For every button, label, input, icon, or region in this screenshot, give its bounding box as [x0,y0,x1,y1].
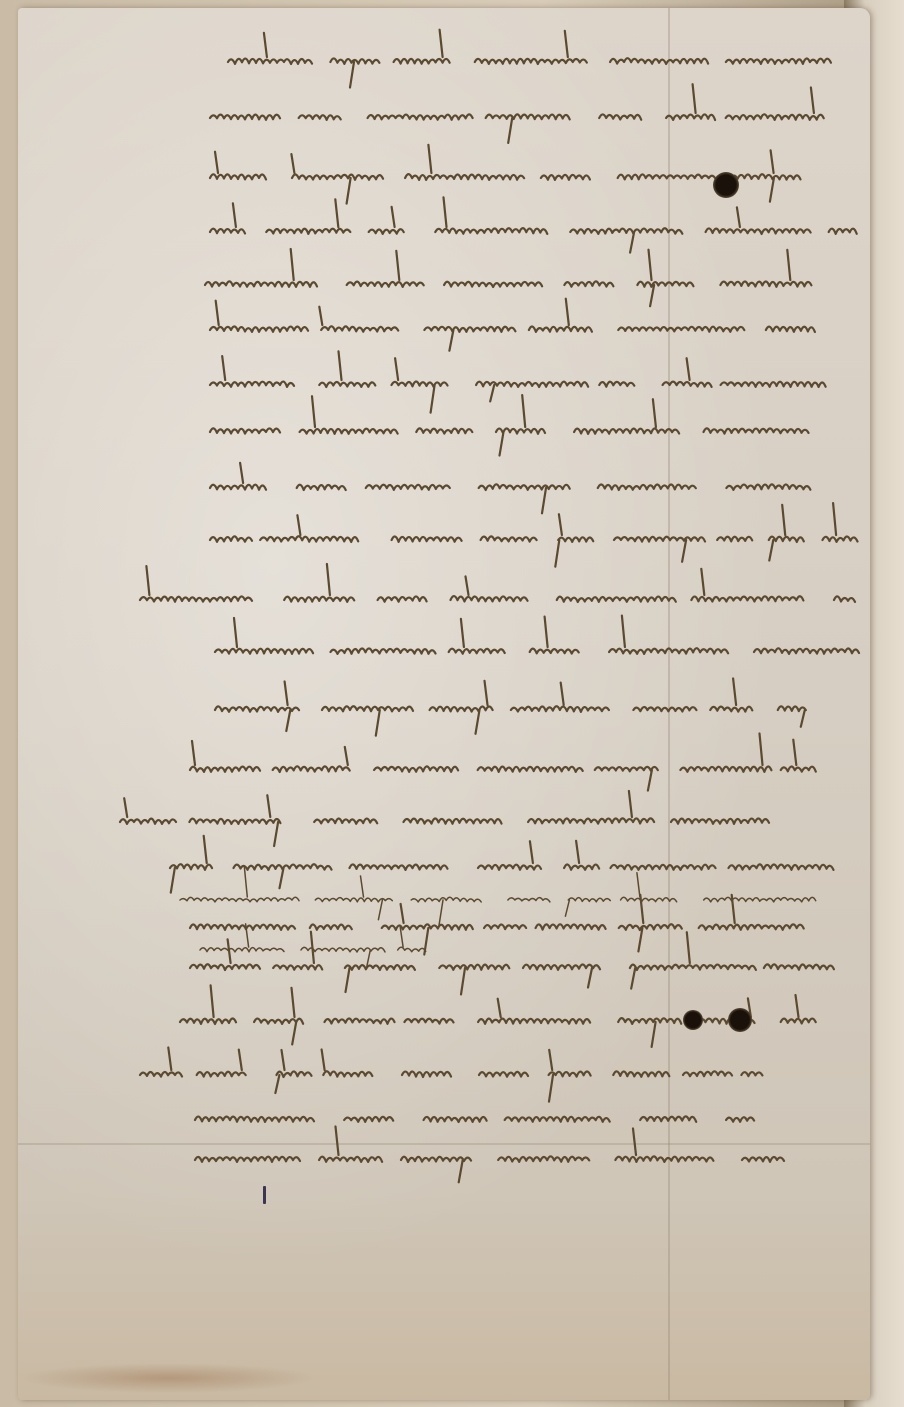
manuscript-line: [illegible handwriting] [210,475,805,501]
water-stain [18,1363,318,1393]
manuscript-line: [illegible handwriting] [195,1147,815,1173]
manuscript-line: [illegible handwriting] [210,527,860,553]
manuscript-line: [illegible handwriting] [210,165,800,191]
manuscript-line: [illegible handwriting] [140,587,850,613]
paper-hole [683,1010,703,1030]
paper-hole [728,1008,752,1032]
manuscript-line: [illegible handwriting] [215,697,805,723]
manuscript-line: [illegible handwriting] [205,272,805,298]
manuscript-line: [illegible handwriting — small interline… [180,887,820,913]
manuscript-line: [illegible handwriting] [210,105,840,131]
manuscript-line: [illegible handwriting] [190,955,860,981]
horizontal-fold-line [18,1143,870,1145]
manuscript-line: [illegible handwriting] [210,372,820,398]
manuscript-line: [illegible handwriting] [215,639,855,665]
manuscript-page: [illegible handwriting][illegible handwr… [18,8,870,1400]
manuscript-line: [illegible handwriting] [210,317,810,343]
manuscript-line: [illegible handwriting] [120,809,765,835]
paper-hole [713,172,739,198]
stray-ink-mark [263,1186,266,1204]
manuscript-line: [illegible handwriting] [140,1062,760,1088]
manuscript-line: [illegible handwriting] [195,1107,750,1133]
manuscript-line: [illegible handwriting] [210,219,855,245]
manuscript-line: [illegible handwriting] [190,757,815,783]
manuscript-line: [illegible handwriting] [210,419,825,445]
manuscript-line: [illegible handwriting] [180,1009,815,1035]
manuscript-line: [illegible handwriting] [170,855,840,881]
manuscript-line: [illegible handwriting] [228,49,850,75]
